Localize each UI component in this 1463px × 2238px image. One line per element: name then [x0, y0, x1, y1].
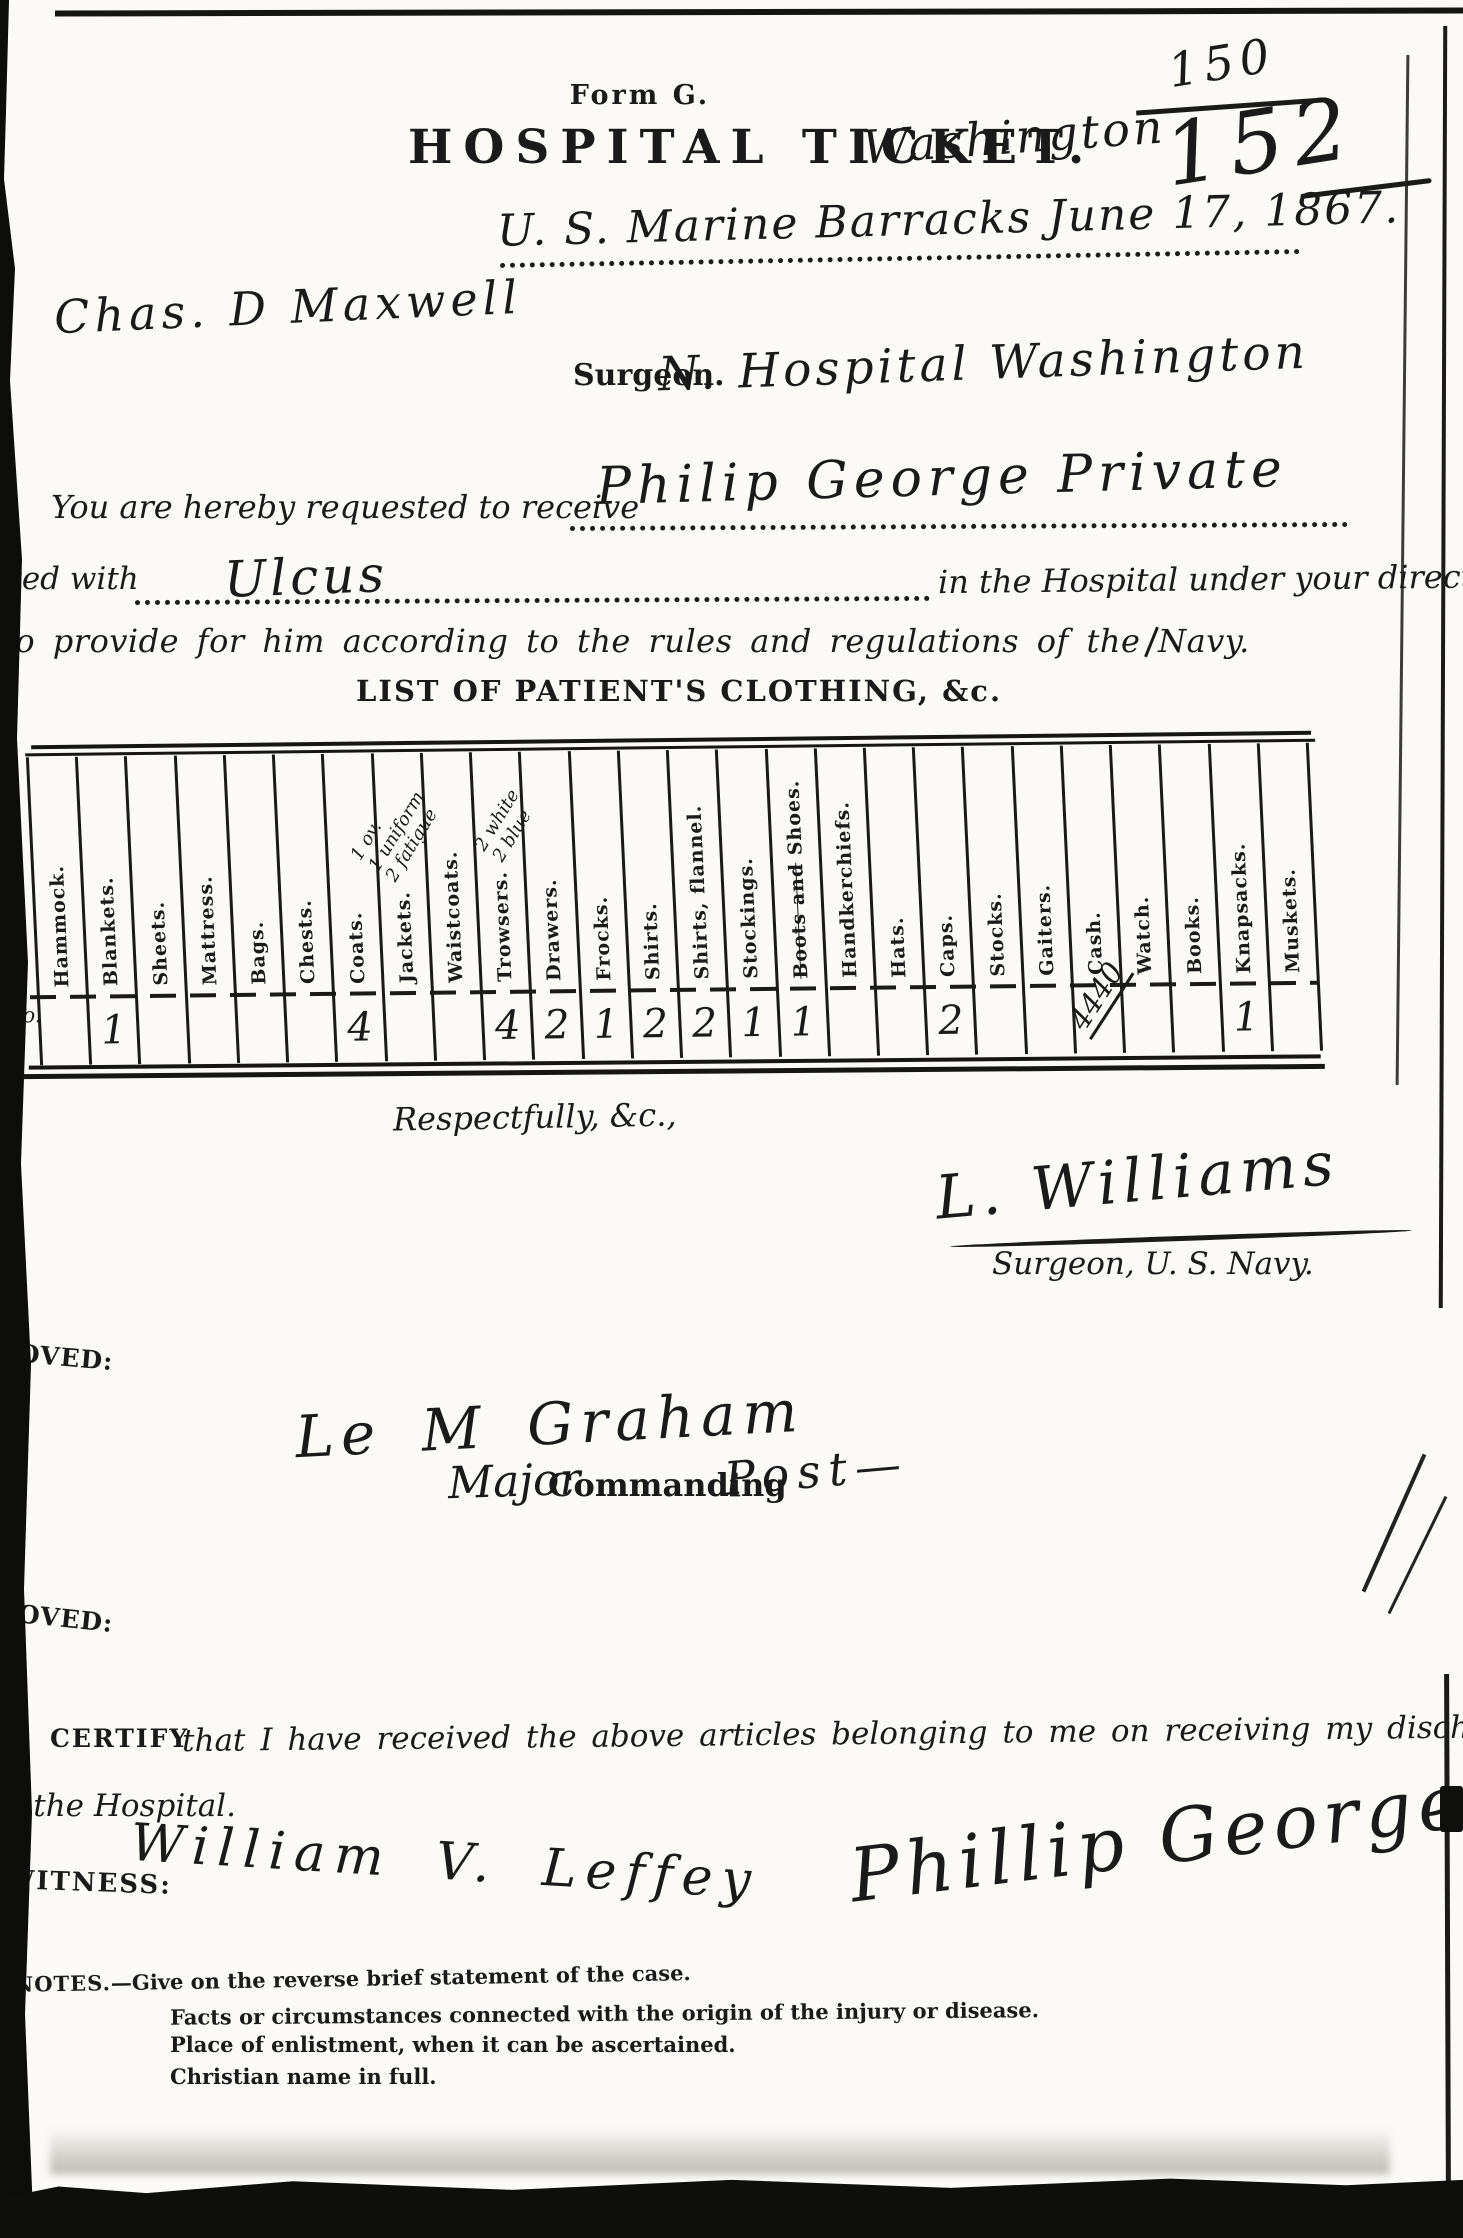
station-handwriting: N. Hospital Washington — [657, 325, 1309, 403]
column-value: 1 — [1222, 983, 1271, 1051]
column-header-label: Books. — [1180, 896, 1206, 984]
column-value — [138, 996, 187, 1064]
column-header-label: Shirts. — [639, 902, 665, 990]
column-header-label: Mattress. — [194, 875, 222, 995]
column-header-label: Watch. — [1131, 896, 1157, 985]
column-value: 4440 — [1074, 985, 1123, 1053]
scan-right-blob — [1440, 1786, 1463, 1832]
column-header-label: Frocks. — [589, 896, 615, 991]
column-header-label: Boots and Shoes. — [781, 779, 813, 988]
column-value — [1271, 983, 1320, 1051]
notes-label: NOTES. — [14, 1970, 111, 1997]
column-header-label: Jackets. — [392, 891, 419, 993]
notes-line-4: Christian name in full. — [170, 2064, 437, 2089]
witness-name-handwriting: William V. Leffey — [129, 1813, 762, 1911]
notes-line-1: NOTES.—Give on the reverse brief stateme… — [14, 1960, 691, 1997]
addressee-name-handwriting: Chas. D Maxwell — [53, 270, 523, 344]
column-header-label: Hats. — [886, 916, 911, 988]
column-value: 2 — [680, 989, 729, 1057]
column-value: 1 — [89, 996, 138, 1064]
column-header-label: Trowsers. — [490, 871, 518, 992]
form-number-label: Form G. — [500, 80, 780, 111]
column-value — [385, 993, 434, 1061]
scan-right-line — [1439, 26, 1447, 1308]
column-header-label: Coats. — [344, 911, 370, 993]
certify-body-printed: that I have received the above articles … — [182, 1709, 1463, 1759]
column-header-label: Hammock. — [46, 864, 74, 997]
notes-intro: —Give on the reverse brief statement of … — [111, 1960, 691, 1995]
column-header-label: Drawers. — [539, 879, 566, 992]
column-value: 2 — [926, 987, 975, 1055]
patient-signature-handwriting: Phillip George — [845, 1758, 1463, 1919]
column-value — [40, 997, 89, 1065]
fold-diagonal-mark-1 — [1362, 1454, 1427, 1593]
column-header-label: Knapsacks. — [1227, 842, 1256, 983]
clothing-table: Hammock.Blankets.1Sheets.Mattress.Bags.C… — [31, 731, 1315, 1085]
column-header-label: Chests. — [294, 899, 320, 994]
patient-name-handwriting: Philip George Private — [595, 439, 1288, 517]
scan-right-line-lower — [1444, 1674, 1451, 2189]
column-value: 4 — [483, 992, 532, 1060]
ticket-number-top: 150 — [1164, 28, 1279, 99]
request-printed-text: You are hereby requested to receive — [51, 488, 639, 526]
column-value — [434, 992, 483, 1060]
scan-bottom-edge — [0, 2172, 1463, 2238]
column-value — [237, 994, 286, 1062]
column-header-label: Waistcoats. — [439, 850, 468, 993]
column-value — [188, 995, 237, 1063]
column-value — [1172, 984, 1221, 1052]
clothing-columns: Hammock.Blankets.1Sheets.Mattress.Bags.C… — [26, 743, 1323, 1065]
column-value — [828, 988, 877, 1056]
clothing-list-heading: LIST OF PATIENT'S CLOTHING, &c. — [356, 674, 1002, 708]
column-value — [1123, 984, 1172, 1052]
certify-label: CERTIFY — [50, 1724, 189, 1753]
column-value: 1 — [729, 989, 778, 1057]
column-header-label: Bags. — [246, 921, 271, 995]
column-header-label: Stockings. — [735, 857, 763, 989]
column-header-label: Gaiters. — [1032, 884, 1059, 986]
column-value — [975, 986, 1024, 1054]
column-value: 1 — [582, 991, 631, 1059]
column-header-label: Handkerchiefs. — [831, 801, 862, 988]
notes-line-2: Facts or circumstances connected with th… — [170, 1997, 1039, 2030]
column-value: 4 — [335, 993, 384, 1061]
column-header-label: Stocks. — [983, 892, 1009, 986]
dateline-handwriting: U. S. Marine Barracks June 17, 1867. — [496, 182, 1400, 257]
place-handwriting: Washington — [860, 99, 1167, 174]
scan-left-edge — [0, 0, 34, 2238]
column-value: 2 — [631, 990, 680, 1058]
notes-line-3: Place of enlistment, when it can be asce… — [170, 2032, 736, 2057]
struck-text: Boots and — [785, 863, 812, 979]
surgeon-signature-title: Surgeon, U. S. Navy. — [992, 1246, 1314, 1282]
respectfully-printed: Respectfully, &c., — [393, 1096, 677, 1139]
scan-bottom-smudge — [50, 2128, 1390, 2174]
patient-name-rule — [570, 522, 1348, 531]
column-header-label: Blankets. — [96, 877, 124, 997]
column-header-label: Caps. — [935, 914, 960, 987]
column-value: 2 — [532, 991, 581, 1059]
surgeon-signature-handwriting: L. Williams — [933, 1128, 1342, 1233]
column-header-label: Sheets. — [146, 901, 172, 996]
affliction-suffix-printed: in the Hospital under your direction. — [938, 557, 1463, 601]
column-header-label: Muskets. — [1278, 868, 1305, 983]
scan-top-edge-line — [55, 8, 1463, 17]
column-header-label: Shirts, flannel. — [684, 805, 715, 990]
affliction-handwriting: Ulcus — [223, 545, 389, 609]
column-value — [877, 987, 926, 1055]
column-value: 1 — [778, 988, 827, 1056]
provide-line-printed: to provide for him according to the rule… — [2, 622, 1250, 660]
column-value — [286, 994, 335, 1062]
hospital-ticket-document: Form G. HOSPITAL TICKET. Washington 150 … — [0, 0, 1463, 2238]
